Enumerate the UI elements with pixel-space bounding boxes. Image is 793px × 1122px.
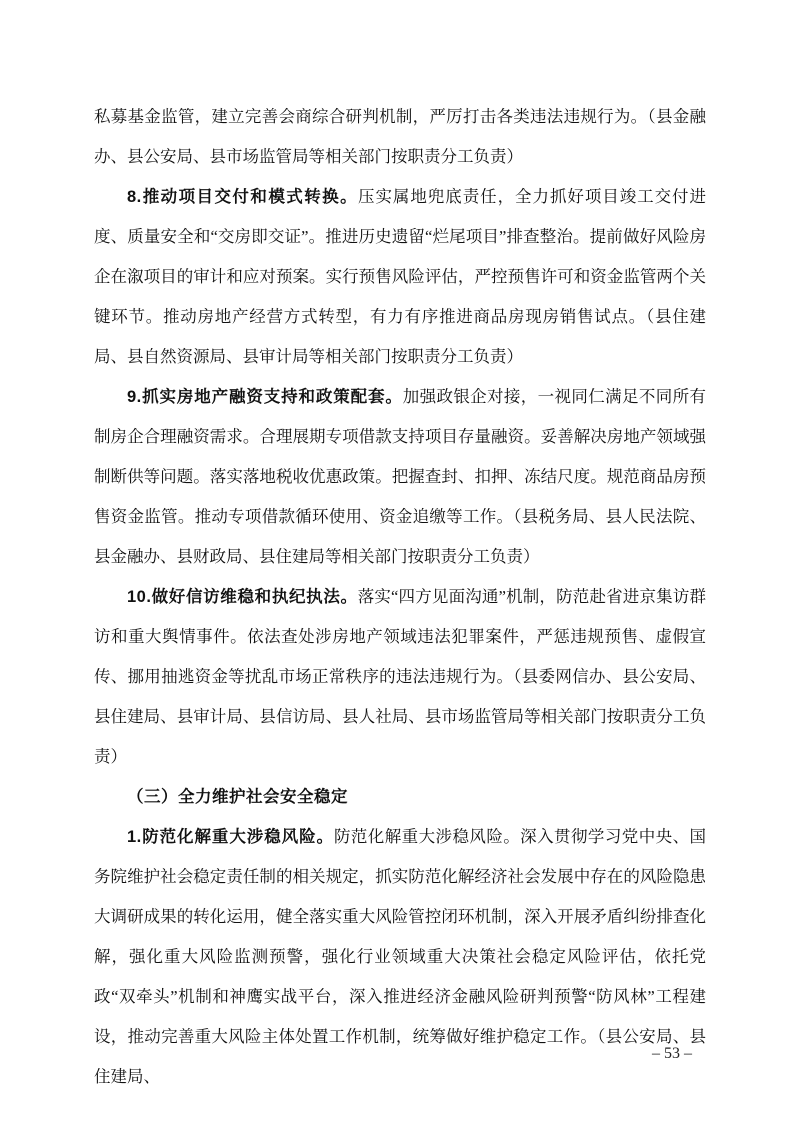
paragraph-item-9: 9.抓实房地产融资支持和政策配套。加强政银企对接，一视同仁满足不同所有制房企合理… bbox=[94, 377, 706, 577]
paragraph-item-9-lead: 9.抓实房地产融资支持和政策配套。 bbox=[127, 388, 403, 406]
paragraph-item-10-lead: 10.做好信访维稳和执纪执法。 bbox=[127, 588, 358, 606]
paragraph-item-8-body: 压实属地兜底责任，全力抓好项目竣工交付进度、质量安全和“交房即交证”。推进历史遗… bbox=[94, 187, 706, 366]
section-heading: （三）全力维护社会安全稳定 bbox=[94, 777, 706, 817]
page-number: – 53 – bbox=[652, 1042, 692, 1066]
paragraph-item-1-lead: 1.防范化解重大涉稳风险。 bbox=[127, 828, 334, 846]
paragraph-item-8: 8.推动项目交付和模式转换。压实属地兜底责任，全力抓好项目竣工交付进度、质量安全… bbox=[94, 177, 706, 377]
document-page: 私募基金监管，建立完善会商综合研判机制，严厉打击各类违法违规行为。（县金融办、县… bbox=[0, 0, 793, 1122]
paragraph-continuation: 私募基金监管，建立完善会商综合研判机制，严厉打击各类违法违规行为。（县金融办、县… bbox=[94, 97, 706, 177]
paragraph-item-10: 10.做好信访维稳和执纪执法。落实“四方见面沟通”机制，防范赴省进京集访群访和重… bbox=[94, 577, 706, 777]
paragraph-item-1: 1.防范化解重大涉稳风险。防范化解重大涉稳风险。深入贯彻学习党中央、国务院维护社… bbox=[94, 817, 706, 1097]
paragraph-item-1-body: 防范化解重大涉稳风险。深入贯彻学习党中央、国务院维护社会稳定责任制的相关规定，抓… bbox=[94, 827, 706, 1086]
paragraph-item-10-body: 落实“四方见面沟通”机制，防范赴省进京集访群访和重大舆情事件。依法查处涉房地产领… bbox=[94, 587, 706, 766]
paragraph-item-9-body: 加强政银企对接，一视同仁满足不同所有制房企合理融资需求。合理展期专项借款支持项目… bbox=[94, 387, 706, 566]
document-body: 私募基金监管，建立完善会商综合研判机制，严厉打击各类违法违规行为。（县金融办、县… bbox=[94, 97, 706, 1097]
paragraph-item-8-lead: 8.推动项目交付和模式转换。 bbox=[127, 188, 358, 206]
